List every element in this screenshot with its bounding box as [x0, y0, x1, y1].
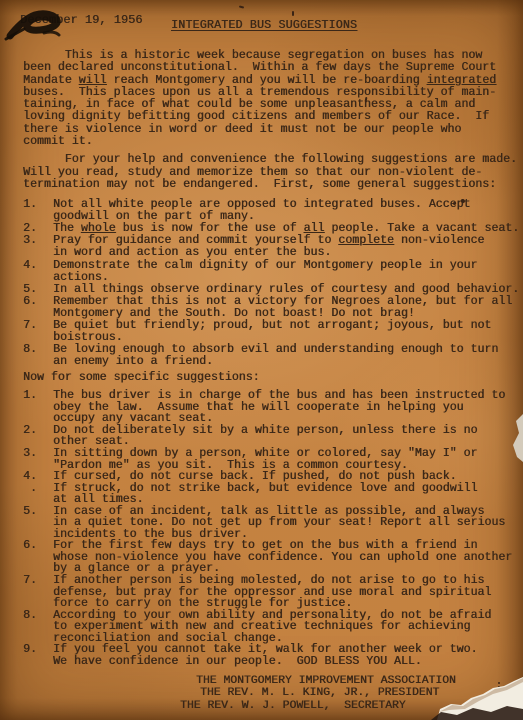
list-item: 6. For the first few days try to get on … — [23, 540, 523, 575]
list-item: 8. Be loving enough to absorb evil and u… — [23, 344, 523, 368]
list-item: 1. Not all white people are opposed to i… — [23, 199, 523, 223]
list-item-text: In case of an incident, talk as little a… — [53, 506, 505, 541]
list-item: 1. The bus driver is in charge of the bu… — [23, 390, 523, 425]
list-item: 4. If cursed, do not curse back. If push… — [23, 471, 523, 483]
list-item-text: Do not deliberately sit by a white perso… — [53, 425, 477, 448]
list-item-text: Be quiet but friendly; proud, but not ar… — [53, 320, 491, 344]
list-item: 7. If another person is being molested, … — [23, 575, 523, 610]
list-item-number: 4. — [23, 260, 53, 284]
list-item-text: The bus driver is in charge of the bus a… — [53, 390, 505, 425]
specific-suggestions-intro: Now for some specific suggestions: — [23, 372, 523, 384]
ink-speck — [461, 199, 465, 203]
list-item-number: . — [23, 483, 53, 506]
list-item-number: 8. — [23, 344, 53, 368]
list-item: 8. According to your own ability and per… — [23, 610, 523, 645]
list-item-text: If struck, do not strike back, but evide… — [53, 483, 477, 506]
ink-speck — [453, 202, 456, 205]
ink-speck — [292, 11, 294, 16]
list-item: 5. In all things observe ordinary rules … — [23, 284, 523, 296]
list-item-text: If cursed, do not curse back. If pushed,… — [53, 471, 457, 483]
list-item: . If struck, do not strike back, but evi… — [23, 483, 523, 506]
general-suggestions-list: 1. Not all white people are opposed to i… — [23, 199, 523, 368]
list-item-number: 1. — [23, 199, 53, 223]
list-item-number: 9. — [23, 644, 53, 667]
paragraph-help-convenience: For your help and convenience the follow… — [23, 154, 523, 191]
list-item: 5. In case of an incident, talk as littl… — [23, 506, 523, 541]
list-item-number: 6. — [23, 296, 53, 320]
list-item-number: 3. — [23, 448, 53, 471]
list-item-text: Remember that this is not a victory for … — [53, 296, 512, 320]
list-item-text: If another person is being molested, do … — [53, 575, 491, 610]
list-item-text: In sitting down by a person, white or co… — [53, 448, 477, 471]
list-item-text: According to your own ability and person… — [53, 610, 491, 645]
paragraph-historic-week: This is a historic week because segregat… — [23, 50, 523, 148]
list-item: 4. Demonstrate the calm dignity of our M… — [23, 260, 523, 284]
list-item: 7. Be quiet but friendly; proud, but not… — [23, 320, 523, 344]
list-item-number: 5. — [23, 284, 53, 296]
list-item-text: Demonstrate the calm dignity of our Mont… — [53, 260, 477, 284]
list-item: 2. Do not deliberately sit by a white pe… — [23, 425, 523, 448]
list-item: 3. In sitting down by a person, white or… — [23, 448, 523, 471]
list-item-number: 8. — [23, 610, 53, 645]
list-item-text: Be loving enough to absorb evil and unde… — [53, 344, 498, 368]
document-body: This is a historic week because segregat… — [23, 0, 523, 712]
list-item-number: 4. — [23, 471, 53, 483]
list-item-number: 5. — [23, 506, 53, 541]
list-item-text: In all things observe ordinary rules of … — [53, 284, 519, 296]
list-item-number: 1. — [23, 390, 53, 425]
list-item-number: 6. — [23, 540, 53, 575]
list-item: 3. Pray for guidance and commit yourself… — [23, 235, 523, 259]
list-item-number: 3. — [23, 235, 53, 259]
list-item-text: For the first few days try to get on the… — [53, 540, 512, 575]
edge-tear — [511, 414, 523, 462]
list-item-number: 7. — [23, 575, 53, 610]
list-item-text: Not all white people are opposed to inte… — [53, 199, 470, 223]
list-item-number: 7. — [23, 320, 53, 344]
specific-suggestions-list: 1. The bus driver is in charge of the bu… — [23, 390, 523, 667]
list-item-text: If you feel you cannot take it, walk for… — [53, 644, 477, 667]
list-item-number: 2. — [23, 425, 53, 448]
document-page: December 19, 1956 INTEGRATED BUS SUGGEST… — [0, 0, 523, 720]
torn-corner — [427, 648, 523, 720]
list-item-text: Pray for guidance and commit yourself to… — [53, 235, 484, 259]
list-item: 6. Remember that this is not a victory f… — [23, 296, 523, 320]
